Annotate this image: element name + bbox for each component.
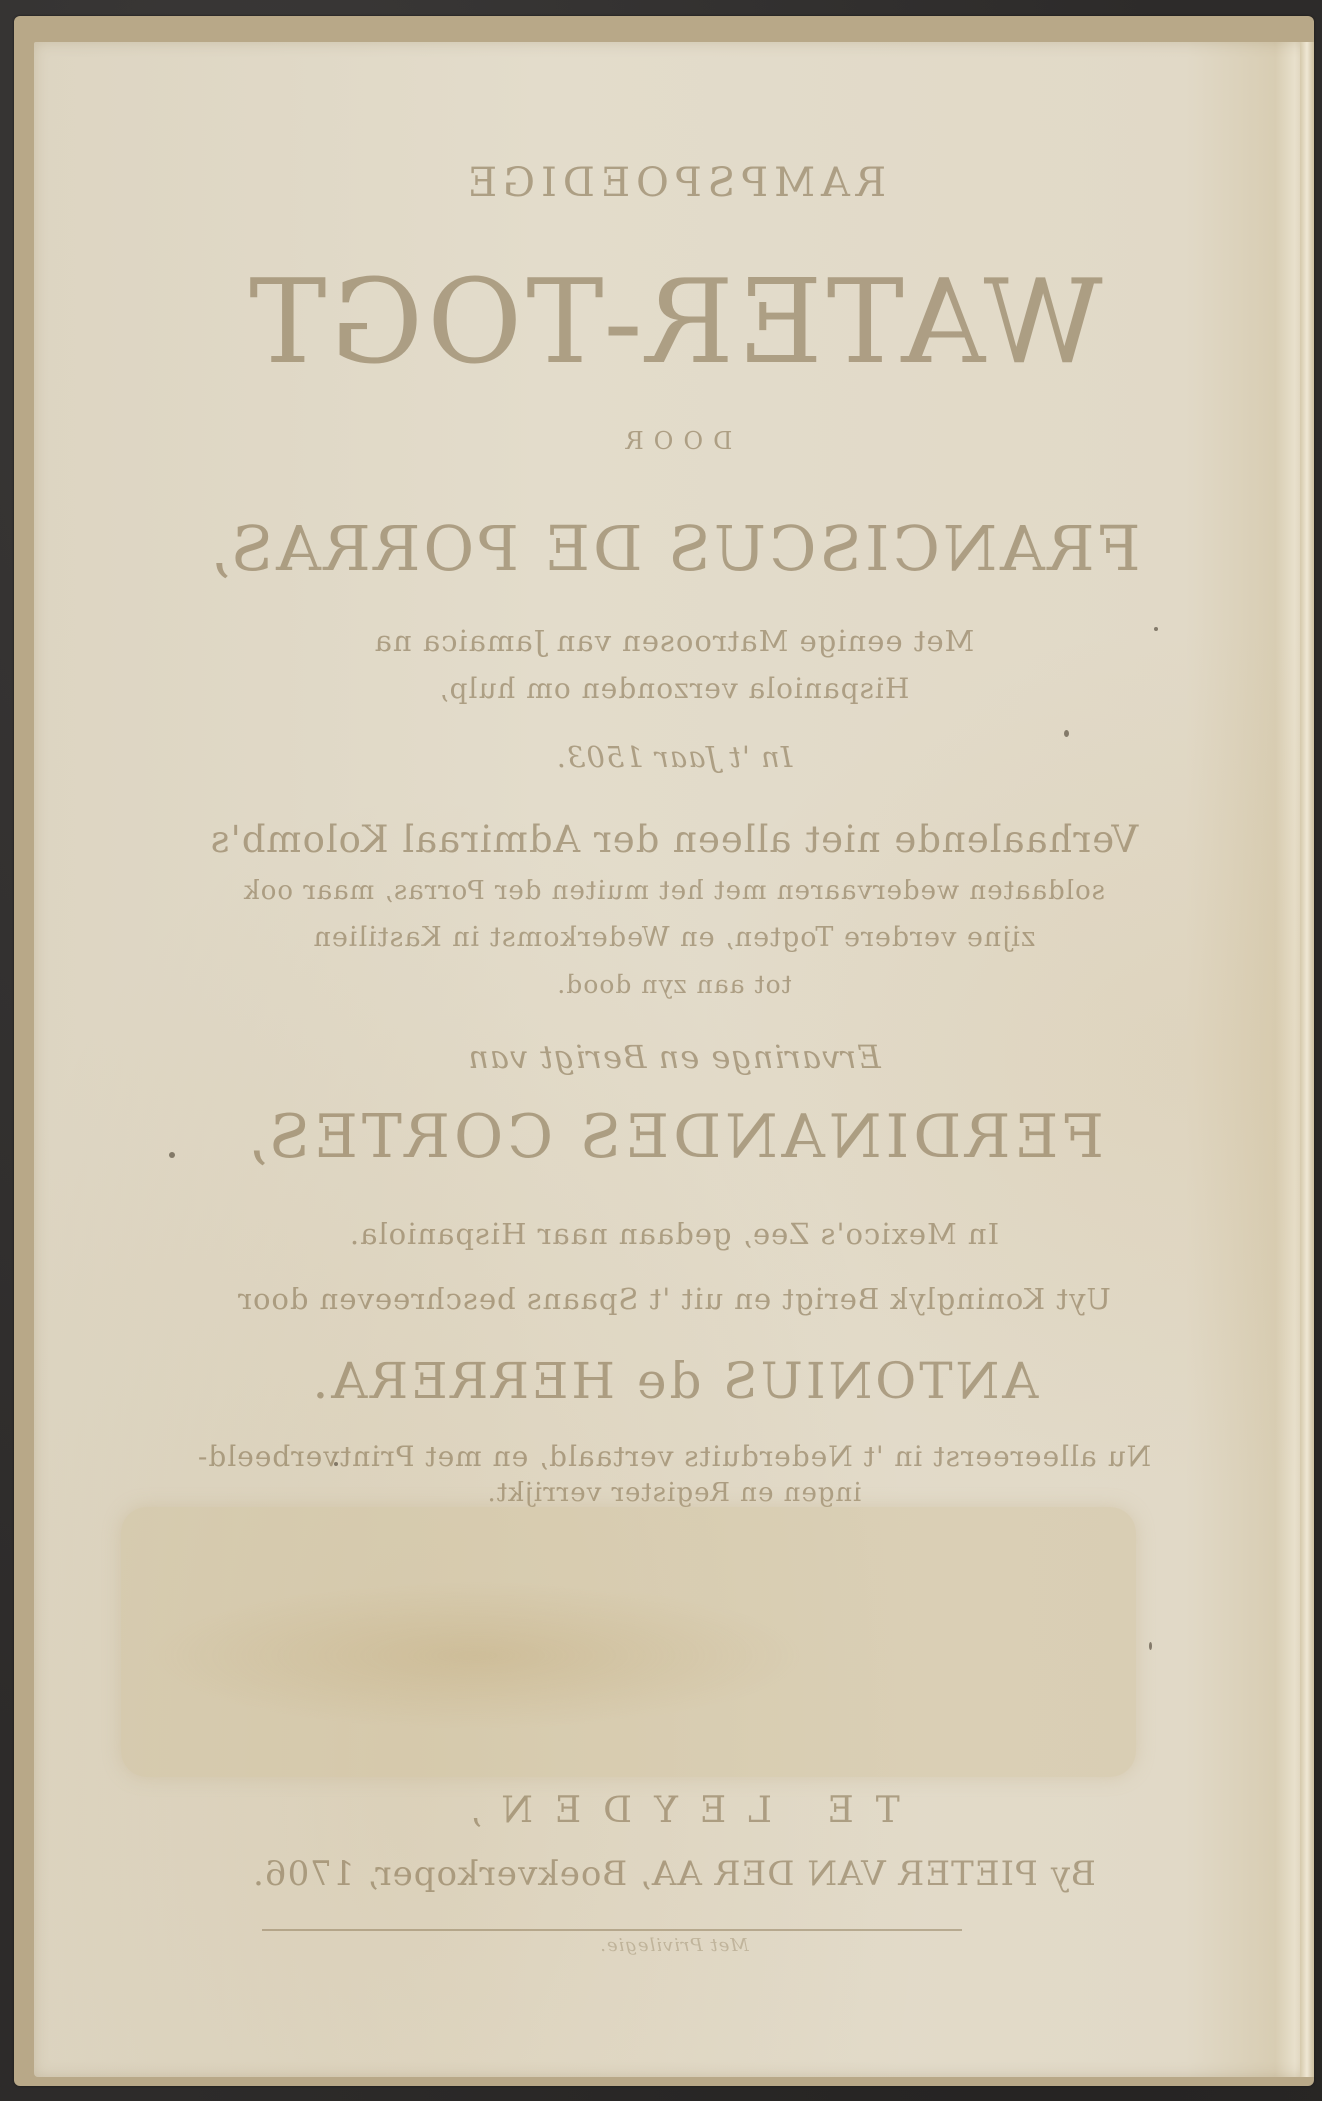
paper-speck	[334, 1462, 338, 1466]
engraved-vignette-show-through	[121, 1507, 1136, 1777]
body-line-1: Verhaalende niet alleen der Admiraal Kol…	[34, 818, 1314, 861]
description-line-1: Met eenige Matroosen van Jamaica na	[34, 624, 1314, 658]
body-line-3: zijne verdere Togten, en Wederkomst in K…	[34, 922, 1314, 953]
role-line: In Mexico's Zee, gedaan naar Hispaniola.	[34, 1217, 1314, 1251]
subtitle: RAMPSPOEDIGE	[34, 160, 1314, 206]
paper-speck	[169, 1152, 175, 1158]
description-line-2: Hispaniola verzonden om hulp,	[34, 672, 1314, 705]
privilege-line: Met Privilegie.	[34, 1935, 1314, 1956]
paper-speck	[1064, 730, 1069, 737]
paper-speck	[1149, 1642, 1152, 1650]
main-title: WATER-TOGT	[34, 255, 1314, 390]
door-line: DOOR	[34, 427, 1314, 455]
note-line-2: ingen en Register verrijkt.	[34, 1478, 1314, 1508]
note-line-1: Nu alleereerst in 't Nederduits vertaald…	[34, 1440, 1314, 1473]
book-page: RAMPSPOEDIGE WATER-TOGT DOOR FRANCISCUS …	[34, 42, 1314, 2077]
body-line-2: soldaaten wedervaaren met het muiten der…	[34, 876, 1314, 906]
horizontal-rule	[262, 1929, 962, 1931]
book-page-stack: RAMPSPOEDIGE WATER-TOGT DOOR FRANCISCUS …	[14, 16, 1314, 2086]
experience-line: Ervaringe en Berigt van	[34, 1038, 1314, 1076]
source-line: Uyt Koninglyk Berigt en uit 't Spaans be…	[34, 1282, 1314, 1316]
imprint-city: TE LEYDEN,	[34, 1790, 1314, 1831]
body-line-4: tot aan zyn dood.	[34, 970, 1314, 999]
author-name: FRANCISCUS DE PORRAS,	[34, 512, 1314, 585]
translator-name: ANTONIUS de HERRERA.	[34, 1352, 1314, 1410]
paper-speck	[1154, 627, 1158, 631]
subject-name: FERDINANDES CORTES,	[34, 1102, 1314, 1172]
date-line: In 't Jaar 1503.	[34, 740, 1314, 774]
mirrored-title-page-show-through: RAMPSPOEDIGE WATER-TOGT DOOR FRANCISCUS …	[34, 42, 1314, 2077]
imprint-publisher: By PIETER VAN DER AA, Boekverkoper, 1706…	[34, 1854, 1314, 1894]
